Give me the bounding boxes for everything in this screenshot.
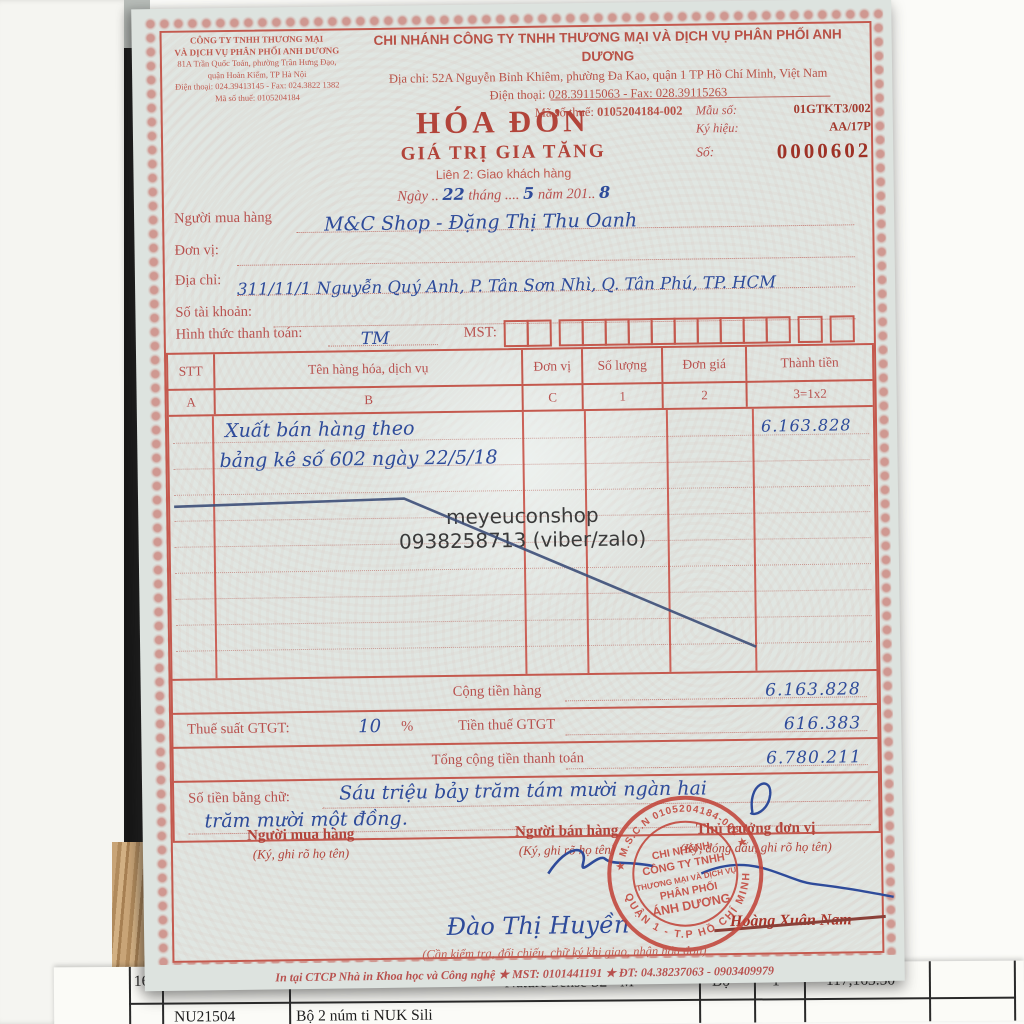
mst-box bbox=[605, 318, 630, 345]
percent-sign: % bbox=[401, 718, 413, 735]
col-header-quantity: Số lượng bbox=[581, 348, 661, 383]
mst-box bbox=[743, 316, 768, 343]
sheet2-column-line bbox=[129, 967, 131, 1024]
date-day-handwritten: 22 bbox=[442, 185, 465, 204]
col-header-unit: Đơn vị bbox=[521, 349, 581, 384]
vat-amount-label: Tiền thuế GTGT bbox=[458, 717, 555, 735]
subtotal-label: Cộng tiền hàng bbox=[453, 683, 542, 701]
mst-box bbox=[674, 317, 699, 344]
date-prefix: Ngày .. bbox=[397, 188, 439, 205]
mst-box bbox=[582, 319, 607, 346]
invoice-title: HÓA ĐƠN bbox=[303, 101, 703, 143]
vat-rate-label: Thuế suất GTGT: bbox=[187, 720, 290, 738]
code-cell: 1 bbox=[581, 382, 661, 409]
sheet2-column-line bbox=[929, 961, 931, 1021]
payment-method-value-handwritten: TM bbox=[361, 329, 390, 349]
sheet2-column-line bbox=[1014, 961, 1016, 1021]
pen-stroke-crossout bbox=[169, 407, 877, 679]
line-items-table: STT Tên hàng hóa, dịch vụ Đơn vị Số lượn… bbox=[166, 343, 881, 843]
unit-label: Đơn vị: bbox=[174, 242, 219, 259]
invoice-date-line: Ngày .. 22 tháng .... 5 năm 201.. 8 bbox=[304, 181, 704, 207]
mst-label: MST: bbox=[464, 324, 497, 341]
date-year-handwritten: 8 bbox=[599, 183, 610, 202]
mst-box bbox=[766, 316, 791, 343]
sheet2-row-line bbox=[129, 997, 1016, 1005]
serial-row: Ký hiệu: AA/17P bbox=[696, 119, 871, 136]
invoice-number-row: Số: 0000602 bbox=[696, 142, 871, 160]
invoice-meta-block: Mẫu số: 01GTKT3/002 Ký hiệu: AA/17P Số: … bbox=[696, 101, 872, 165]
buyer-value-handwritten: M&C Shop - Đặng Thị Thu Oanh bbox=[324, 209, 637, 235]
code-cell: 2 bbox=[661, 381, 745, 408]
buyer-label: Người mua hàng bbox=[174, 209, 272, 226]
col-header-unit-price: Đơn giá bbox=[661, 347, 745, 382]
invoice-copy-label: Liên 2: Giao khách hàng bbox=[303, 164, 703, 184]
vat-amount-value-handwritten: 616.383 bbox=[784, 713, 862, 734]
address-label: Địa chỉ: bbox=[175, 272, 222, 289]
mst-box bbox=[830, 315, 855, 342]
date-month-label: tháng .... bbox=[468, 187, 519, 204]
invoice-number-value: 0000602 bbox=[777, 138, 872, 164]
verification-note: (Cần kiểm tra, đối chiếu, chữ ký khi gia… bbox=[304, 942, 824, 964]
payment-method-label: Hình thức thanh toán: bbox=[176, 325, 303, 343]
mst-box-group bbox=[506, 315, 855, 347]
mst-box bbox=[651, 318, 676, 345]
invoice-title-block: HÓA ĐƠN GIÁ TRỊ GIA TĂNG Liên 2: Giao kh… bbox=[303, 101, 704, 207]
form-number-label: Mẫu số: bbox=[696, 103, 738, 118]
red-circular-stamp: ★ M.S.C.N 0105204184-002 ★ QUẬN 1 - T.P … bbox=[592, 780, 779, 967]
address-value-handwritten: 311/11/1 Nguyễn Quý Anh, P. Tân Sơn Nhì,… bbox=[237, 272, 776, 299]
col-header-description: Tên hàng hóa, dịch vụ bbox=[213, 350, 521, 388]
mst-box bbox=[798, 316, 823, 343]
buyer-signature-title: Người mua hàng bbox=[201, 826, 401, 846]
mst-box bbox=[628, 318, 653, 345]
vat-rate-value-handwritten: 10 bbox=[358, 716, 381, 737]
table-body: Xuất bán hàng theo bảng kê số 602 ngày 2… bbox=[169, 405, 877, 679]
mst-box bbox=[504, 320, 529, 347]
invoice-subtitle: GIÁ TRỊ GIA TĂNG bbox=[303, 139, 703, 167]
grand-total-label: Tổng cộng tiền thanh toán bbox=[432, 750, 584, 769]
sheet2-next-description: Bộ 2 núm ti NUK Sili bbox=[296, 1007, 433, 1024]
buyer-signature-block: Người mua hàng (Ký, ghi rõ họ tên) bbox=[201, 826, 401, 864]
serial-value: AA/17P bbox=[829, 119, 871, 135]
mst-box bbox=[527, 320, 552, 347]
invoice-number-label: Số: bbox=[696, 144, 714, 159]
parent-company-box: CÔNG TY TNHH THƯƠNG MẠI VÀ DỊCH VỤ PHÂN … bbox=[164, 32, 351, 105]
invoice-body: CÔNG TY TNHH THƯƠNG MẠI VÀ DỊCH VỤ PHÂN … bbox=[159, 21, 884, 963]
grand-total-value-handwritten: 6.780.211 bbox=[766, 747, 862, 768]
buyer-signature-sub: (Ký, ghi rõ họ tên) bbox=[201, 845, 401, 864]
code-cell: C bbox=[521, 383, 581, 410]
subtotal-value-handwritten: 6.163.828 bbox=[765, 679, 861, 700]
date-month-handwritten: 5 bbox=[523, 184, 534, 203]
account-label: Số tài khoản: bbox=[175, 304, 252, 321]
date-year-label: năm 201.. bbox=[538, 186, 596, 203]
invoice-paper: CÔNG TY TNHH THƯƠNG MẠI VÀ DỊCH VỤ PHÂN … bbox=[131, 0, 905, 991]
buyer-row: Người mua hàng M&C Shop - Đặng Thị Thu O… bbox=[174, 201, 862, 239]
form-number-row: Mẫu số: 01GTKT3/002 bbox=[696, 101, 871, 118]
form-number-value: 01GTKT3/002 bbox=[793, 101, 870, 117]
amount-in-words-label: Số tiền bằng chữ: bbox=[188, 789, 290, 807]
col-header-amount: Thành tiền bbox=[745, 345, 872, 381]
col-header-stt: STT bbox=[168, 354, 213, 389]
serial-label: Ký hiệu: bbox=[696, 121, 739, 136]
mst-box bbox=[697, 317, 722, 344]
mst-box bbox=[559, 319, 584, 346]
code-cell: 3=1x2 bbox=[745, 379, 872, 407]
code-cell: A bbox=[168, 388, 213, 415]
sheet2-next-code: NU21504 bbox=[174, 1008, 235, 1024]
mst-box bbox=[720, 317, 745, 344]
